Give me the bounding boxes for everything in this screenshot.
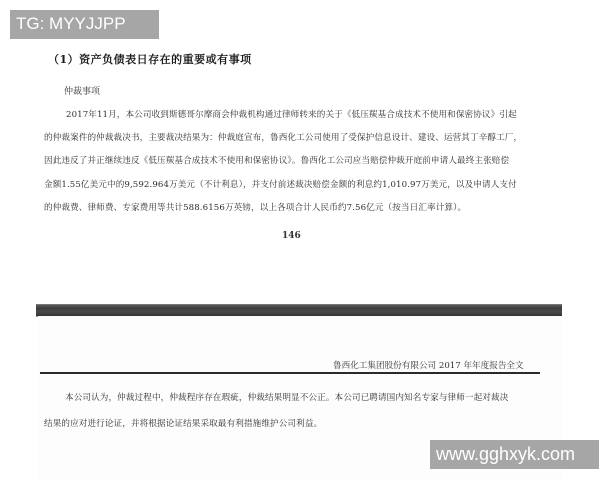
paragraph-line: 结果的应对进行论证，并将根据论证结果采取最有利措施维护公司利益。 — [44, 417, 322, 429]
watermark-top: TG: MYYJJPP — [10, 10, 159, 39]
paragraph-line: 本公司认为，仲裁过程中，仲裁程序存在瑕疵，仲裁结果明显不公正。本公司已聘请国内知… — [65, 391, 508, 403]
paragraph-line: 的仲裁案件的仲裁裁决书，主要裁决结果为：仲裁庭宣布，鲁西化工公司使用了受保护信息… — [44, 131, 522, 143]
section-title: （1）资产负债表日存在的重要或有事项 — [48, 51, 252, 67]
paragraph-line: 的仲裁费、律师费、专家费用等共计588.6156万英镑，以上各项合计人民币约7.… — [44, 201, 466, 213]
paragraph-line: 金额1.55亿美元中的9,592.964万美元（不计利息），并支付前述裁决赔偿金… — [44, 178, 517, 190]
paragraph-line: 2017年11月，本公司收到斯德哥尔摩商会仲裁机构通过律师转来的关于《低压羰基合… — [66, 108, 517, 120]
running-header: 鲁西化工集团股份有限公司 2017 年年度报告全文 — [333, 359, 524, 371]
document-page-146 — [0, 0, 600, 300]
page-number: 146 — [282, 231, 301, 241]
paragraph-line: 因此违反了并正继续违反《低压羰基合成技术不使用和保密协议》。鲁西化工公司应当赔偿… — [44, 154, 509, 166]
subheading-arbitration: 仲裁事项 — [64, 84, 100, 97]
header-rule — [40, 372, 540, 374]
watermark-bottom: www.gghxyk.com — [430, 440, 599, 469]
